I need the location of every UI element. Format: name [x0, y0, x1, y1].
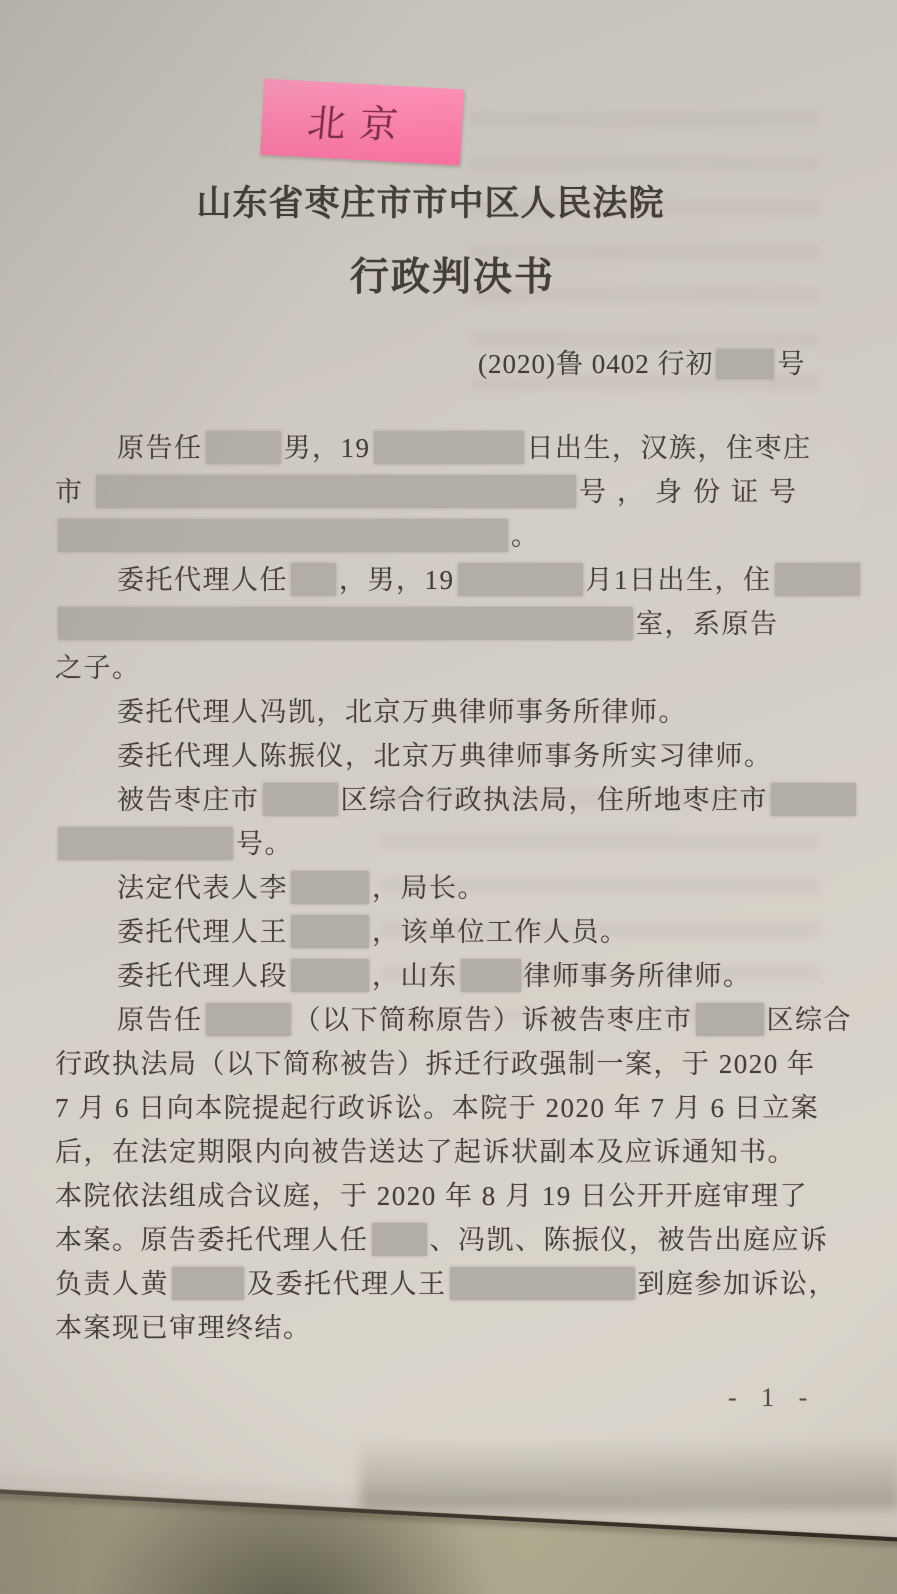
judgment-body: 原告任男，19日出生，汉族，住枣庄市号，身份证号。委托代理人任，男，19月1日出… [55, 426, 855, 1350]
paper-curl-shadow [360, 1438, 897, 1510]
text-segment: （以下简称原告）诉被告枣庄市 [294, 1005, 693, 1035]
body-line: 负责人黄及委托代理人王到庭参加诉讼， [55, 1262, 855, 1306]
body-line: 本案现已审理终结。 [55, 1306, 855, 1350]
body-line: 号。 [55, 822, 855, 866]
redaction-box [58, 607, 633, 640]
redaction-box [374, 431, 524, 464]
text-segment: 行政执法局（以下简称被告）拆迁行政强制一案，于 2020 年 [55, 1049, 816, 1079]
text-segment: 号。 [236, 829, 293, 859]
text-segment: 被告枣庄市 [117, 785, 260, 815]
text-segment: 委托代理人陈振仪，北京万典律师事务所实习律师。 [117, 741, 773, 771]
body-line: 室，系原告 [55, 602, 855, 646]
redaction-box [775, 563, 860, 596]
redaction-box [372, 1223, 427, 1256]
redaction-box [58, 827, 233, 860]
redaction-box [172, 1267, 244, 1300]
redaction-box [291, 563, 336, 596]
body-line: 委托代理人陈振仪，北京万典律师事务所实习律师。 [55, 734, 855, 778]
text-segment: 本院依法组成合议庭，于 2020 年 8 月 19 日公开开庭审理了 [55, 1181, 808, 1211]
text-segment: 市 [55, 477, 93, 507]
redaction-box [771, 783, 856, 816]
body-line: 原告任（以下简称原告）诉被告枣庄市区综合 [55, 998, 855, 1042]
document-photo: 北京 山东省枣庄市市中区人民法院 行政判决书 (2020)鲁 0402 行初号 … [0, 0, 897, 1594]
text-segment: 、冯凯、陈振仪，被告出庭应诉 [430, 1225, 829, 1255]
text-segment: 委托代理人段 [117, 961, 288, 991]
redaction-box [291, 871, 369, 904]
redaction-box [458, 563, 583, 596]
body-line: 委托代理人冯凯，北京万典律师事务所律师。 [55, 690, 855, 734]
text-segment: ，山东 [372, 961, 458, 991]
court-name: 山东省枣庄市市中区人民法院 [0, 176, 879, 226]
text-segment: ，男，19 [339, 565, 455, 595]
redaction-box [263, 783, 338, 816]
text-segment: 区综合 [767, 1005, 853, 1035]
body-line: 委托代理人段，山东律师事务所律师。 [55, 954, 855, 998]
text-segment: 号，身份证号 [579, 477, 807, 507]
body-line: 委托代理人王，该单位工作人员。 [55, 910, 855, 954]
redaction-box [291, 915, 369, 948]
redaction-box [291, 959, 369, 992]
text-segment: 到庭参加诉讼， [638, 1269, 838, 1299]
body-line: 原告任男，19日出生，汉族，住枣庄 [55, 426, 855, 470]
text-segment: 原告任 [117, 433, 203, 463]
body-line: 本案。原告委托代理人任、冯凯、陈振仪，被告出庭应诉 [55, 1218, 855, 1262]
redaction-box [716, 349, 774, 379]
body-line: 。 [55, 514, 855, 558]
text-segment: 及委托代理人王 [247, 1269, 447, 1299]
body-line: 行政执法局（以下简称被告）拆迁行政强制一案，于 2020 年 [55, 1042, 855, 1086]
text-segment: ，局长。 [372, 873, 486, 903]
redaction-box [206, 431, 281, 464]
text-segment: 号 [777, 349, 805, 379]
text-segment: 法定代表人李 [117, 873, 288, 903]
handwritten-note-text: 北京 [259, 82, 465, 150]
body-line: 7 月 6 日向本院提起行政诉讼。本院于 2020 年 7 月 6 日立案 [55, 1086, 855, 1130]
sticky-note: 北京 [260, 79, 464, 166]
text-segment: 日出生，汉族，住枣庄 [527, 433, 812, 463]
text-segment: 男，19 [284, 433, 371, 463]
text-segment: 委托代理人任 [117, 565, 288, 595]
text-segment: (2020)鲁 0402 行初 [478, 349, 713, 379]
text-segment: 委托代理人王 [117, 917, 288, 947]
redaction-box [58, 519, 508, 552]
text-segment: 原告任 [117, 1005, 203, 1035]
page-number: - 1 - [728, 1383, 816, 1413]
text-segment: 月1日出生，住 [586, 565, 772, 595]
text-segment: 。 [511, 521, 540, 551]
redaction-box [206, 1003, 291, 1036]
body-line: 之子。 [55, 646, 855, 690]
redaction-box [696, 1003, 764, 1036]
text-segment: 室，系原告 [636, 609, 779, 639]
body-line: 后，在法定期限内向被告送达了起诉状副本及应诉通知书。 [55, 1130, 855, 1174]
text-segment: 委托代理人冯凯，北京万典律师事务所律师。 [117, 697, 687, 727]
body-line: 法定代表人李，局长。 [55, 866, 855, 910]
body-line: 委托代理人任，男，19月1日出生，住 [55, 558, 855, 602]
text-segment: 律师事务所律师。 [524, 961, 752, 991]
text-segment: 负责人黄 [55, 1269, 169, 1299]
text-segment: ，该单位工作人员。 [372, 917, 629, 947]
text-segment: 后，在法定期限内向被告送达了起诉状副本及应诉通知书。 [55, 1137, 796, 1167]
case-number: (2020)鲁 0402 行初号 [478, 342, 805, 381]
redaction-box [450, 1267, 635, 1300]
text-segment: 本案。原告委托代理人任 [55, 1225, 369, 1255]
body-line: 市号，身份证号 [55, 470, 855, 514]
body-line: 被告枣庄市区综合行政执法局，住所地枣庄市 [55, 778, 855, 822]
text-segment: 之子。 [55, 653, 141, 683]
text-segment: 7 月 6 日向本院提起行政诉讼。本院于 2020 年 7 月 6 日立案 [55, 1093, 819, 1123]
body-line: 本院依法组成合议庭，于 2020 年 8 月 19 日公开开庭审理了 [55, 1174, 855, 1218]
document-title: 行政判决书 [4, 246, 897, 302]
redaction-box [96, 475, 576, 508]
paper-page: 北京 山东省枣庄市市中区人民法院 行政判决书 (2020)鲁 0402 行初号 … [0, 0, 897, 1545]
text-segment: 本案现已审理终结。 [55, 1313, 312, 1343]
text-segment: 区综合行政执法局，住所地枣庄市 [341, 785, 769, 815]
redaction-box [461, 959, 521, 992]
